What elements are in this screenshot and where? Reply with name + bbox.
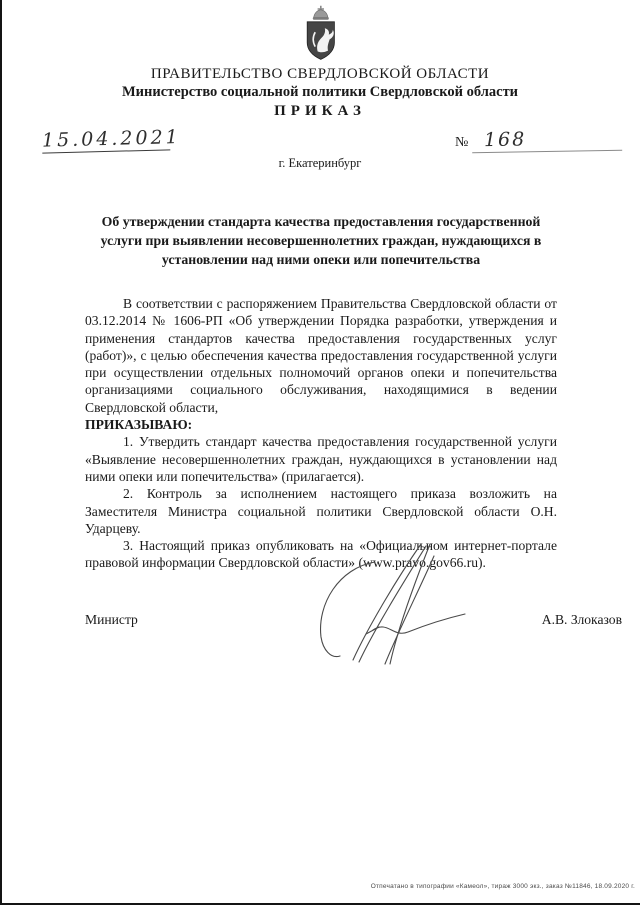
signer-name: А.В. Злоказов xyxy=(542,612,622,628)
number-sign-label: № xyxy=(455,135,468,151)
document-type-title: ПРИКАЗ xyxy=(0,103,640,120)
order-body: В соответствии с распоряжением Правитель… xyxy=(85,295,557,572)
order-document-page: ПРАВИТЕЛЬСТВО СВЕРДЛОВСКОЙ ОБЛАСТИ Минис… xyxy=(0,0,640,905)
handwritten-date: 15.04.2021 xyxy=(42,126,171,153)
intro-paragraph: В соответствии с распоряжением Правитель… xyxy=(85,295,557,416)
order-item-1: 1. Утвердить стандарт качества предостав… xyxy=(85,433,557,485)
decree-word: ПРИКАЗЫВАЮ: xyxy=(85,416,557,433)
order-item-2: 2. Контроль за исполнением настоящего пр… xyxy=(85,485,557,537)
signer-post: Министр xyxy=(85,612,138,628)
city-label: г. Екатеринбург xyxy=(0,156,640,171)
requisites-row: 15.04.2021 № 168 г. Екатеринбург xyxy=(0,128,640,186)
handwritten-number: 168 xyxy=(472,127,622,154)
order-subject-title: Об утверждении стандарта качества предос… xyxy=(85,212,557,269)
print-shop-footnote: Отпечатано в типографии «Камеол», тираж … xyxy=(371,883,635,890)
coat-of-arms-container xyxy=(0,0,640,61)
ministry-name: Министерство социальной политики Свердло… xyxy=(0,84,640,101)
government-name: ПРАВИТЕЛЬСТВО СВЕРДЛОВСКОЙ ОБЛАСТИ xyxy=(0,66,640,83)
sverdlovsk-coat-of-arms-icon xyxy=(296,5,344,61)
minister-signature xyxy=(293,542,468,667)
